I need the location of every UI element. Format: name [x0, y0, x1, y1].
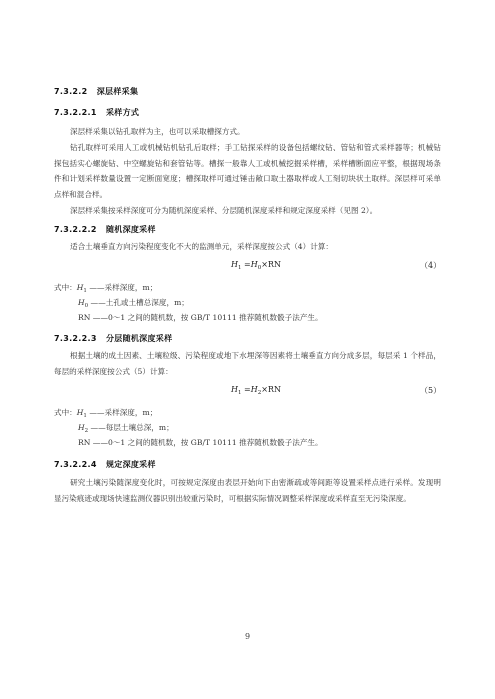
- section-number: 7.3.2.2.3: [54, 334, 97, 343]
- where-description: ——采样深度，m；: [87, 408, 157, 417]
- paragraph-layered-depth: 根据土壤的成土因素、土壤粒级、污染程度或地下水埋深等因素将土壤垂直方向分成多层，…: [54, 348, 441, 379]
- section-title: 规定深度采样: [106, 460, 156, 469]
- section-heading-7-3-2-2-2: 7.3.2.2.2 随机深度采样: [54, 224, 156, 235]
- section-heading-7-3-2-2-4: 7.3.2.2.4 规定深度采样: [54, 459, 156, 470]
- section-title: 深层样采集: [97, 87, 139, 96]
- where-symbol: RN: [78, 313, 90, 322]
- formula-equals: =: [241, 260, 250, 269]
- paragraph-random-depth: 适合土壤垂直方向污染程度变化不大的监测单元，采样深度按公式（4）计算：: [54, 239, 441, 255]
- formula-equals: =: [241, 385, 250, 394]
- where-description: ——土孔或土槽总深度，m；: [88, 298, 189, 307]
- section-number: 7.3.2.2.2: [54, 225, 97, 234]
- where-description: ——0～1 之间的随机数，按 GB/T 10111 推荐随机数骰子法产生。: [90, 438, 322, 447]
- section-title: 采样方式: [106, 108, 139, 117]
- where-symbol: H: [78, 298, 85, 307]
- formula-symbol: H: [251, 260, 258, 269]
- paragraph-intro: 深层样采集以钻孔取样为主，也可以采取槽探方式。: [54, 124, 441, 140]
- where-clause-4-line-3: RN ——0～1 之间的随机数，按 GB/T 10111 推荐随机数骰子法产生。: [78, 310, 323, 326]
- formula-4: H1 =H0×RN: [231, 260, 281, 271]
- formula-rest: ×RN: [261, 385, 281, 394]
- formula-5: H1 =H2×RN: [231, 385, 281, 396]
- section-heading-7-3-2-2-1: 7.3.2.2.1 采样方式: [54, 107, 139, 118]
- where-clause-5-line-3: RN ——0～1 之间的随机数，按 GB/T 10111 推荐随机数骰子法产生。: [78, 435, 323, 451]
- formula-symbol: H: [231, 260, 238, 269]
- formula-rest: ×RN: [261, 260, 281, 269]
- where-prefix: 式中：: [54, 283, 77, 292]
- formula-symbol: H: [251, 385, 258, 394]
- paragraph-depth-types: 深层样采集按采样深度可分为随机深度采样、分层随机深度采样和规定深度采样（见图 2…: [54, 203, 441, 219]
- section-heading-7-3-2-2-3: 7.3.2.2.3 分层随机深度采样: [54, 333, 172, 344]
- where-description: ——采样深度，m；: [87, 283, 157, 292]
- paragraph-drilling: 钻孔取样可采用人工或机械钻机钻孔后取样；手工钻探采样的设备包括螺纹钻、管钻和管式…: [54, 140, 441, 202]
- section-number: 7.3.2.2: [54, 87, 87, 96]
- section-number: 7.3.2.2.4: [54, 460, 97, 469]
- paragraph-specified-depth: 研究土壤污染随深度变化时，可按规定深度由表层开始向下由密渐疏或等间距等设置采样点…: [54, 475, 441, 506]
- section-title: 随机深度采样: [106, 225, 156, 234]
- where-symbol: H: [78, 423, 85, 432]
- where-description: ——每层土壤总深，m；: [88, 423, 174, 432]
- formula-4-label: （4）: [420, 260, 441, 271]
- formula-symbol: H: [231, 385, 238, 394]
- where-prefix: 式中：: [54, 408, 77, 417]
- section-title: 分层随机深度采样: [106, 334, 172, 343]
- section-heading-7-3-2-2: 7.3.2.2 深层样采集: [54, 86, 138, 97]
- where-description: ——0～1 之间的随机数，按 GB/T 10111 推荐随机数骰子法产生。: [90, 313, 322, 322]
- page-number: 9: [245, 632, 250, 641]
- section-number: 7.3.2.2.1: [54, 108, 97, 117]
- formula-5-label: （5）: [420, 385, 441, 396]
- where-symbol: RN: [78, 438, 90, 447]
